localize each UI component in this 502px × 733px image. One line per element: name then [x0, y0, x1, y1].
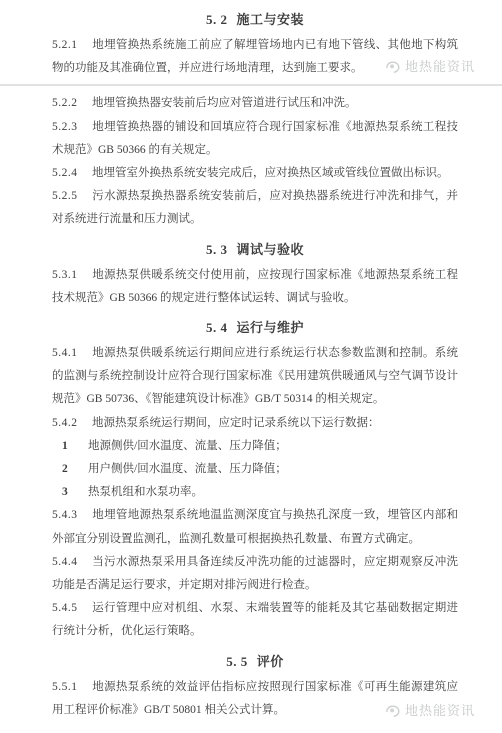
clause-text: 运行管理中应对机组、水泵、末端装置等的能耗及其它基础数据定期进行统计分析，优化运… — [52, 602, 458, 637]
section-heading-number: 5. 4 — [206, 320, 228, 335]
section-heading-title: 运行与维护 — [236, 320, 304, 335]
clause-text: 地埋管换热器安装前后均应对管道进行试压和冲洗。 — [92, 97, 357, 109]
divider — [0, 84, 502, 86]
clause-text: 地源热泵供暖系统运行期间应进行系统运行状态参数监测和控制。系统的监测与系统控制设… — [52, 347, 458, 405]
clause-5-2-5: 5.2.5污水源热泵换热器系统安装前后，应对换热器系统进行冲洗和排气，并对系统进… — [52, 185, 458, 231]
clause-number: 5.5.1 — [52, 676, 92, 699]
clause-5-2-4: 5.2.4地埋管室外换热系统安装完成后，应对换热区域或管线位置做出标识。 — [52, 162, 458, 185]
clause-number: 5.2.2 — [52, 92, 92, 115]
clause-5-4-1: 5.4.1地源热泵供暖系统运行期间应进行系统运行状态参数监测和控制。系统的监测与… — [52, 342, 458, 412]
watermark-text: 地热能资讯 — [405, 700, 475, 719]
clause-text: 污水源热泵换热器系统安装前后，应对换热器系统进行冲洗和排气，并对系统进行流量和压… — [52, 190, 458, 225]
clause-number: 5.2.4 — [52, 162, 92, 185]
list-item-text: 地源侧供/回水温度、流量、压力降值； — [88, 440, 287, 452]
clause-text: 地源热泵系统运行期间，应定时记录系统以下运行数据： — [92, 417, 380, 429]
clause-number: 5.2.5 — [52, 185, 92, 208]
clause-number: 5.4.3 — [52, 504, 92, 527]
clause-number: 5.4.4 — [52, 551, 92, 574]
watermark: 地热能资讯 — [384, 700, 475, 719]
watermark-text: 地热能资讯 — [405, 56, 475, 75]
clause-text: 地埋管地源热泵系统地温监测深度宜与换热孔深度一致，埋管区内部和外部宜分别设置监测… — [52, 509, 458, 544]
clause-number: 5.2.3 — [52, 116, 92, 139]
section-heading-5-4: 5. 4运行与维护 — [52, 318, 458, 338]
clause-5-2-2: 5.2.2地埋管换热器安装前后均应对管道进行试压和冲洗。 — [52, 92, 458, 115]
watermark: 地热能资讯 — [384, 56, 475, 75]
clause-text: 地埋管室外换热系统安装完成后，应对换热区域或管线位置做出标识。 — [92, 167, 449, 179]
section-heading-title: 施工与安装 — [236, 12, 304, 27]
list-item-2: 2用户侧供/回水温度、流量、压力降值； — [52, 458, 458, 481]
list-item-number: 1 — [62, 435, 88, 458]
list-item-text: 用户侧供/回水温度、流量、压力降值； — [88, 463, 287, 475]
section-heading-title: 调试与验收 — [236, 242, 304, 257]
clause-number: 5.4.1 — [52, 342, 92, 365]
clause-text: 当污水源热泵采用具备连续反冲洗功能的过滤器时，应定期观察反冲洗功能是否满足运行要… — [52, 556, 458, 591]
clause-number: 5.2.1 — [52, 34, 92, 57]
clause-5-4-5: 5.4.5运行管理中应对机组、水泵、末端装置等的能耗及其它基础数据定期进行统计分… — [52, 597, 458, 643]
section-heading-5-2: 5. 2施工与安装 — [52, 10, 458, 30]
section-heading-number: 5. 2 — [206, 12, 228, 27]
list-item-1: 1地源侧供/回水温度、流量、压力降值； — [52, 435, 458, 458]
section-heading-number: 5. 5 — [226, 654, 248, 669]
watermark-logo-icon — [384, 57, 401, 74]
clause-number: 5.3.1 — [52, 264, 92, 287]
list-item-number: 2 — [62, 458, 88, 481]
clause-5-4-3: 5.4.3地埋管地源热泵系统地温监测深度宜与换热孔深度一致，埋管区内部和外部宜分… — [52, 504, 458, 550]
section-heading-5-5: 5. 5评价 — [52, 652, 458, 672]
section-heading-number: 5. 3 — [206, 242, 228, 257]
list-item-3: 3热泵机组和水泵功率。 — [52, 481, 458, 504]
clause-5-4-2: 5.4.2地源热泵系统运行期间，应定时记录系统以下运行数据： — [52, 412, 458, 435]
clause-number: 5.4.2 — [52, 412, 92, 435]
list-item-number: 3 — [62, 481, 88, 504]
section-heading-title: 评价 — [257, 654, 284, 669]
clause-5-2-3: 5.2.3地埋管换热器的铺设和回填应符合现行国家标准《地源热泵系统工程技术规范》… — [52, 116, 458, 162]
clause-number: 5.4.5 — [52, 597, 92, 620]
list-item-text: 热泵机组和水泵功率。 — [88, 486, 203, 498]
watermark-logo-icon — [384, 701, 401, 718]
clause-5-3-1: 5.3.1地源热泵供暖系统交付使用前，应按现行国家标准《地源热泵系统工程技术规范… — [52, 264, 458, 310]
clause-5-4-4: 5.4.4当污水源热泵采用具备连续反冲洗功能的过滤器时，应定期观察反冲洗功能是否… — [52, 551, 458, 597]
document-page: 5. 2施工与安装 5.2.1地埋管换热系统施工前应了解埋管场地内已有地下管线、… — [0, 0, 502, 722]
section-heading-5-3: 5. 3调试与验收 — [52, 240, 458, 260]
clause-text: 地埋管换热器的铺设和回填应符合现行国家标准《地源热泵系统工程技术规范》GB 50… — [52, 121, 458, 156]
clause-text: 地源热泵供暖系统交付使用前，应按现行国家标准《地源热泵系统工程技术规范》GB 5… — [52, 269, 458, 304]
